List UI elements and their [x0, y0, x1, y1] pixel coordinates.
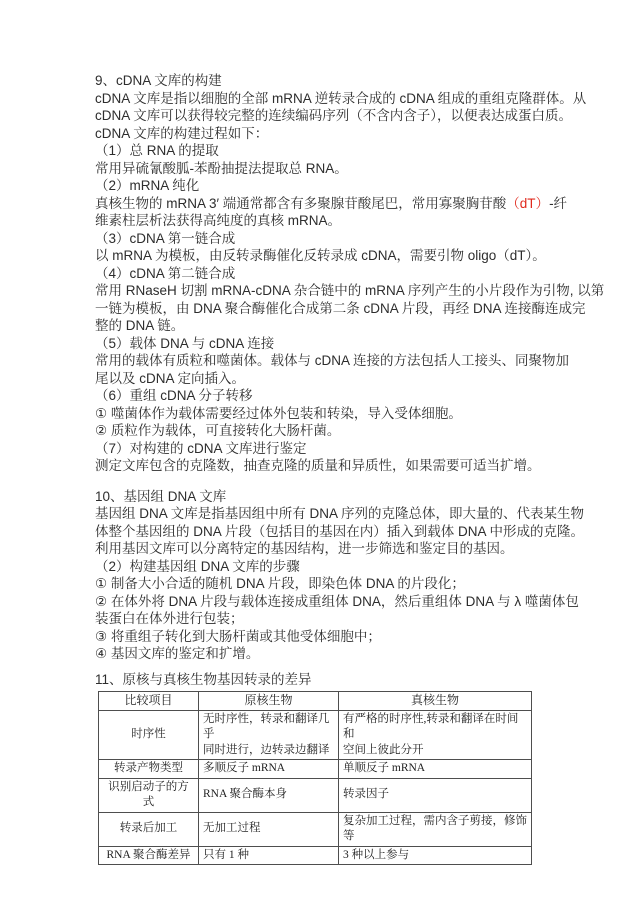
section-cdna-library: 9、cDNA 文库的构建 cDNA 文库是指以细胞的全部 mRNA 逆转录合成的… [95, 72, 550, 475]
table-row: 时序性 无时序性，转录和翻译几乎 同时进行，边转录边翻译 有严格的时序性,转录和… [99, 710, 532, 760]
table-cell: 单顺反子 mRNA [339, 760, 532, 779]
text-line: 测定文库包含的克隆数，抽查克隆的质量和异质性，如果需要可适当扩增。 [95, 457, 550, 475]
text-line: 利用基因文库可以分离特定的基因结构，进一步筛选和鉴定目的基因。 [95, 540, 550, 558]
table-cell: 复杂加工过程，需内含子剪接，修饰等 [339, 812, 532, 846]
text-line: 基因组 DNA 文库是指基因组中所有 DNA 序列的克隆总体，即大量的、代表某生… [95, 505, 550, 523]
text-line: 以 mRNA 为模板，由反转录酶催化反转录成 cDNA，需要引物 oligo（d… [95, 247, 550, 265]
table-header-cell: 真核生物 [339, 692, 532, 711]
table-cell: 转录后加工 [99, 812, 199, 846]
text-line: 装蛋白在体外进行包装； [95, 610, 550, 628]
text-line: 常用的载体有质粒和噬菌体。载体与 cDNA 连接的方法包括人工接头、同聚物加 [95, 352, 550, 370]
list-item: ① 噬菌体作为载体需要经过体外包装和转染，导入受体细胞。 [95, 405, 550, 423]
text-line: 维素柱层析法获得高纯度的真核 mRNA。 [95, 212, 550, 230]
list-item: （6）重组 cDNA 分子转移 [95, 387, 550, 405]
list-item: ③ 将重组子转化到大肠杆菌或其他受体细胞中； [95, 628, 550, 646]
list-item: ② 在体外将 DNA 片段与载体连接成重组体 DNA，然后重组体 DNA 与 λ… [95, 593, 550, 611]
text-line: 体整个基因组的 DNA 片段（包括目的基因在内）插入到载体 DNA 中形成的克隆… [95, 523, 550, 541]
list-item: ① 制备大小合适的随机 DNA 片段，即染色体 DNA 的片段化； [95, 575, 550, 593]
table-cell: 无时序性，转录和翻译几乎 同时进行，边转录边翻译 [199, 710, 339, 760]
table-cell: 只有 1 种 [199, 846, 339, 865]
text-line: cDNA 文库可以获得较完整的连续编码序列（不含内含子），以便表达成蛋白质。 [95, 107, 550, 125]
dt-highlight: （dT） [506, 196, 549, 211]
list-item: （2）构建基因组 DNA 文库的步骤 [95, 558, 550, 576]
list-item: （1）总 RNA 的提取 [95, 142, 550, 160]
table-cell: 3 种以上参与 [339, 846, 532, 865]
table-cell: 无加工过程 [199, 812, 339, 846]
list-item: （7）对构建的 cDNA 文库进行鉴定 [95, 440, 550, 458]
text-segment: 真核生物的 mRNA 3′ 端通常都含有多聚腺苷酸尾巴，常用寡聚胸苷酸 [95, 196, 506, 211]
table-cell: 有严格的时序性,转录和翻译在时间和 空间上彼此分开 [339, 710, 532, 760]
section-title: 10、基因组 DNA 文库 [95, 488, 550, 506]
text-line: cDNA 文库是指以细胞的全部 mRNA 逆转录合成的 cDNA 组成的重组克隆… [95, 90, 550, 108]
text-line: 一链为模板，由 DNA 聚合酶催化合成第二条 cDNA 片段，再经 DNA 连接… [95, 300, 550, 318]
table-cell: 时序性 [99, 710, 199, 760]
table-row: 转录后加工 无加工过程 复杂加工过程，需内含子剪接，修饰等 [99, 812, 532, 846]
table-row: 识别启动子的方式 RNA 聚合酶本身 转录因子 [99, 778, 532, 812]
text-segment: -纤 [549, 196, 567, 211]
text-line: 整的 DNA 链。 [95, 317, 550, 335]
table-cell: RNA 聚合酶差异 [99, 846, 199, 865]
list-item: （4）cDNA 第二链合成 [95, 265, 550, 283]
list-item: （2）mRNA 纯化 [95, 177, 550, 195]
comparison-table: 比较项目 原核生物 真核生物 时序性 无时序性，转录和翻译几乎 同时进行，边转录… [98, 691, 532, 865]
text-line: 常用 RNaseH 切割 mRNA-cDNA 杂合链中的 mRNA 序列产生的小… [95, 282, 550, 300]
list-item: （3）cDNA 第一链合成 [95, 230, 550, 248]
list-item: ④ 基因文库的鉴定和扩增。 [95, 645, 550, 663]
text-line: 尾以及 cDNA 定向插入。 [95, 370, 550, 388]
table-cell: 多顺反子 mRNA [199, 760, 339, 779]
table-cell: RNA 聚合酶本身 [199, 778, 339, 812]
table-row: RNA 聚合酶差异 只有 1 种 3 种以上参与 [99, 846, 532, 865]
text-line: cDNA 文库的构建过程如下： [95, 125, 550, 143]
document-page: 9、cDNA 文库的构建 cDNA 文库是指以细胞的全部 mRNA 逆转录合成的… [95, 72, 550, 865]
table-cell: 转录产物类型 [99, 760, 199, 779]
section-genomic-dna-library: 10、基因组 DNA 文库 基因组 DNA 文库是指基因组中所有 DNA 序列的… [95, 488, 550, 663]
section-transcription-differences: 11、原核与真核生物基因转录的差异 比较项目 原核生物 真核生物 时序性 无时序… [95, 671, 550, 866]
list-item: （5）载体 DNA 与 cDNA 连接 [95, 335, 550, 353]
table-header-cell: 比较项目 [99, 692, 199, 711]
table-cell: 识别启动子的方式 [99, 778, 199, 812]
table-cell: 转录因子 [339, 778, 532, 812]
table-header-cell: 原核生物 [199, 692, 339, 711]
text-line: 真核生物的 mRNA 3′ 端通常都含有多聚腺苷酸尾巴，常用寡聚胸苷酸（dT）-… [95, 195, 550, 213]
list-item: ② 质粒作为载体，可直接转化大肠杆菌。 [95, 422, 550, 440]
table-row: 转录产物类型 多顺反子 mRNA 单顺反子 mRNA [99, 760, 532, 779]
section-title: 9、cDNA 文库的构建 [95, 72, 550, 90]
table-header-row: 比较项目 原核生物 真核生物 [99, 692, 532, 711]
text-line: 常用异硫氰酸胍-苯酚抽提法提取总 RNA。 [95, 160, 550, 178]
section-title: 11、原核与真核生物基因转录的差异 [95, 671, 550, 689]
